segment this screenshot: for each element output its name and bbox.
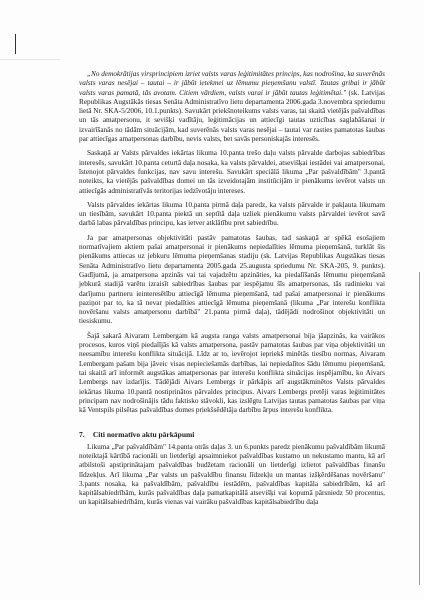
section-heading: 7. Citi normatīvo aktu pārkāpumi xyxy=(79,430,385,439)
paragraph: Šajā sakarā Aivaram Lembergam kā augsta … xyxy=(79,332,385,416)
section-title: Citi normatīvo aktu pārkāpumi xyxy=(93,430,194,439)
scan-edge-mark xyxy=(15,34,16,54)
paragraph: Saskaņā ar Valsts pārvaldes iekārtas lik… xyxy=(79,149,385,195)
document-page: „No demokrātijas virsprincipiem izriet v… xyxy=(79,70,385,513)
scan-page-edge xyxy=(419,272,420,585)
paragraph: Ja par amatpersonas objektivitāti pastāv… xyxy=(79,234,385,327)
quote-text: „No demokrātijas virsprincipiem izriet v… xyxy=(79,70,385,97)
paragraph: Valsts pārvaldes iekārtas likuma 10.pant… xyxy=(79,201,385,229)
scan-fold-line xyxy=(0,59,60,60)
paragraph: Likuma „Par pašvaldībām" 14.panta otrās … xyxy=(79,443,385,508)
section-number: 7. xyxy=(79,430,91,439)
quote-paragraph: „No demokrātijas virsprincipiem izriet v… xyxy=(79,70,385,144)
